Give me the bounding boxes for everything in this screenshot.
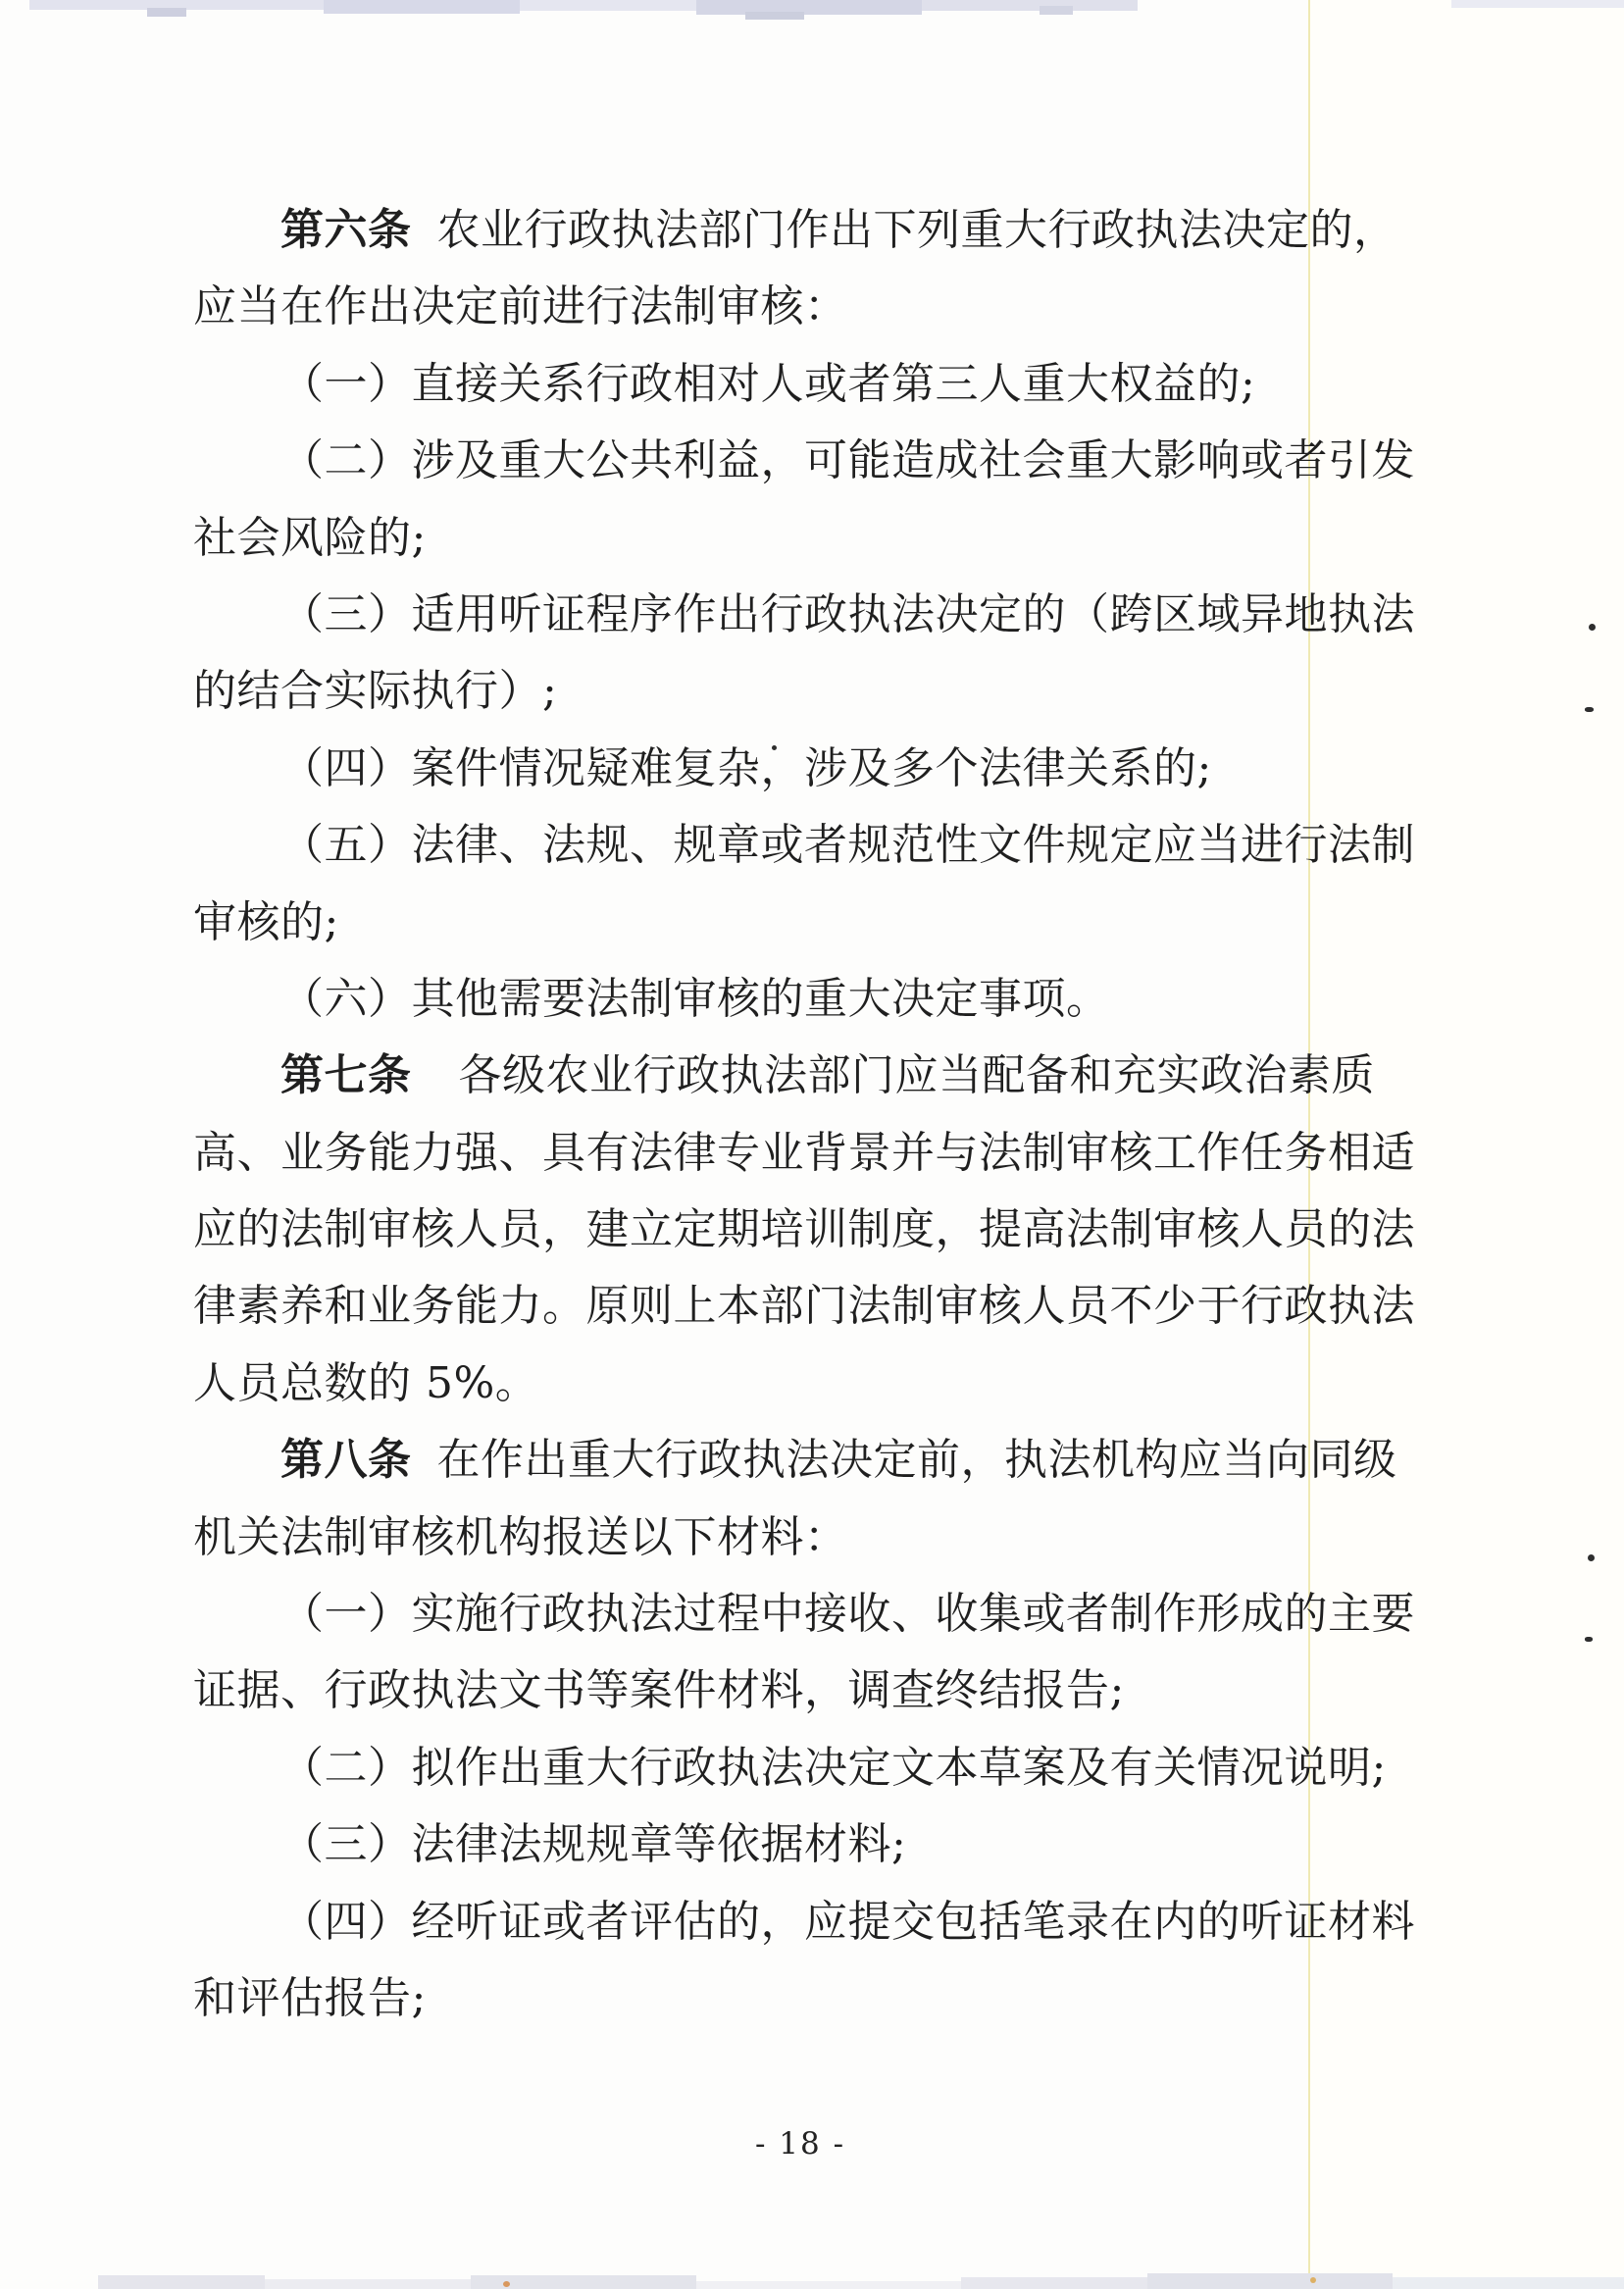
scan-edge-top	[147, 8, 186, 17]
line-text: （一）实施行政执法过程中接收、收集或者制作形成的主要	[280, 1589, 1415, 1639]
paragraph-line: 第六条农业行政执法部门作出下列重大行政执法决定的，	[193, 192, 1421, 269]
line-text: 机关法制审核机构报送以下材料：	[193, 1512, 848, 1562]
text-block: 第六条农业行政执法部门作出下列重大行政执法决定的， 应当在作出决定前进行法制审核…	[193, 192, 1421, 2037]
paragraph-line: （二）涉及重大公共利益，可能造成社会重大影响或者引发	[193, 423, 1421, 499]
paragraph-line: （六）其他需要法制审核的重大决定事项。	[193, 961, 1421, 1038]
line-text: 律素养和业务能力。原则上本部门法制审核人员不少于行政执法	[193, 1281, 1415, 1331]
scan-edge-top	[520, 0, 696, 11]
paragraph-line: （四）案件情况疑难复杂，涉及多个法律关系的;	[193, 731, 1421, 807]
paragraph-line: （一）直接关系行政相对人或者第三人重大权益的;	[193, 346, 1421, 423]
line-text: （六）其他需要法制审核的重大决定事项。	[280, 974, 1110, 1024]
line-text: 农业行政执法部门作出下列重大行政执法决定的，	[437, 205, 1397, 255]
scan-edge-top	[922, 0, 1138, 11]
scan-edge-top	[745, 12, 804, 20]
line-text: 在作出重大行政执法决定前，执法机构应当向同级	[437, 1435, 1397, 1485]
line-text: 审核的;	[193, 897, 339, 947]
paragraph-line: （一）实施行政执法过程中接收、收集或者制作形成的主要	[193, 1576, 1421, 1653]
paragraph-line: 审核的;	[193, 885, 1421, 961]
scan-edge-bottom	[265, 2279, 471, 2289]
scan-edge-bottom	[696, 2281, 961, 2289]
paragraph-line: （二）拟作出重大行政执法决定文本草案及有关情况说明;	[193, 1730, 1421, 1806]
paragraph-line: 第八条在作出重大行政执法决定前，执法机构应当向同级	[193, 1422, 1421, 1499]
paragraph-line: （三）法律法规规章等依据材料;	[193, 1806, 1421, 1883]
scan-edge-bottom	[98, 2275, 265, 2289]
line-text: （五）法律、法规、规章或者规范性文件规定应当进行法制	[280, 820, 1415, 870]
line-text: （一）直接关系行政相对人或者第三人重大权益的;	[280, 359, 1255, 409]
line-text: （四）经听证或者评估的，应提交包括笔录在内的听证材料	[280, 1897, 1415, 1947]
scan-edge-top	[1040, 6, 1073, 15]
scan-edge-top	[324, 0, 520, 14]
line-text: 社会风险的;	[193, 513, 427, 563]
article-number: 第七条	[280, 1050, 412, 1100]
paragraph-line: 应的法制审核人员，建立定期培训制度，提高法制审核人员的法	[193, 1192, 1421, 1268]
paragraph-line: 应当在作出决定前进行法制审核：	[193, 269, 1421, 345]
paragraph-line: （五）法律、法规、规章或者规范性文件规定应当进行法制	[193, 807, 1421, 884]
paragraph-line: （四）经听证或者评估的，应提交包括笔录在内的听证材料	[193, 1884, 1421, 1960]
line-text: （二）拟作出重大行政执法决定文本草案及有关情况说明;	[280, 1743, 1387, 1793]
article-number: 第八条	[280, 1435, 412, 1485]
scan-artifact-dot	[1588, 1554, 1595, 1561]
paragraph-line: 第七条各级农业行政执法部门应当配备和充实政治素质	[193, 1038, 1421, 1114]
line-text: 和评估报告;	[193, 1973, 427, 2023]
line-text: 证据、行政执法文书等案件材料，调查终结报告;	[193, 1665, 1125, 1715]
page-number: - 18 -	[732, 2126, 869, 2162]
paragraph-line: 社会风险的;	[193, 500, 1421, 577]
line-text: （三）法律法规规章等依据材料;	[280, 1819, 906, 1869]
paragraph-line: 高、业务能力强、具有法律专业背景并与法制审核工作任务相适	[193, 1115, 1421, 1192]
paragraph-line: 律素养和业务能力。原则上本部门法制审核人员不少于行政执法	[193, 1268, 1421, 1345]
line-text: 应当在作出决定前进行法制审核：	[193, 281, 848, 331]
paragraph-line: 的结合实际执行）;	[193, 653, 1421, 730]
scan-edge-bottom	[1393, 2277, 1624, 2289]
line-text: （三）适用听证程序作出行政执法决定的（跨区域异地执法	[280, 589, 1415, 639]
scan-artifact-dot	[1585, 1637, 1593, 1642]
scan-edge-bottom	[1147, 2273, 1393, 2289]
paragraph-line: 和评估报告;	[193, 1960, 1421, 2037]
scan-edge-top	[1451, 0, 1624, 8]
line-text: 应的法制审核人员，建立定期培训制度，提高法制审核人员的法	[193, 1204, 1415, 1254]
scan-artifact-dot	[1310, 2277, 1316, 2283]
paragraph-line: 机关法制审核机构报送以下材料：	[193, 1500, 1421, 1576]
document-page: 第六条农业行政执法部门作出下列重大行政执法决定的， 应当在作出决定前进行法制审核…	[0, 0, 1624, 2289]
scan-artifact-dot	[503, 2281, 510, 2287]
scan-artifact-dot	[1585, 707, 1594, 712]
paragraph-line: 证据、行政执法文书等案件材料，调查终结报告;	[193, 1653, 1421, 1729]
paragraph-line: 人员总数的 5%。	[193, 1346, 1421, 1422]
line-text: （二）涉及重大公共利益，可能造成社会重大影响或者引发	[280, 435, 1415, 485]
scan-artifact-dot	[772, 745, 777, 750]
line-text: 各级农业行政执法部门应当配备和充实政治素质	[459, 1050, 1376, 1100]
scan-artifact-dot	[1589, 624, 1596, 631]
line-text: 高、业务能力强、具有法律专业背景并与法制审核工作任务相适	[193, 1128, 1415, 1178]
line-text: 人员总数的 5%。	[193, 1358, 538, 1408]
line-text: 的结合实际执行）;	[193, 666, 557, 716]
article-number: 第六条	[280, 205, 412, 255]
paragraph-line: （三）适用听证程序作出行政执法决定的（跨区域异地执法	[193, 577, 1421, 653]
scan-edge-bottom	[961, 2277, 1147, 2289]
line-text: （四）案件情况疑难复杂，涉及多个法律关系的;	[280, 743, 1212, 793]
scan-edge-top	[696, 0, 922, 15]
